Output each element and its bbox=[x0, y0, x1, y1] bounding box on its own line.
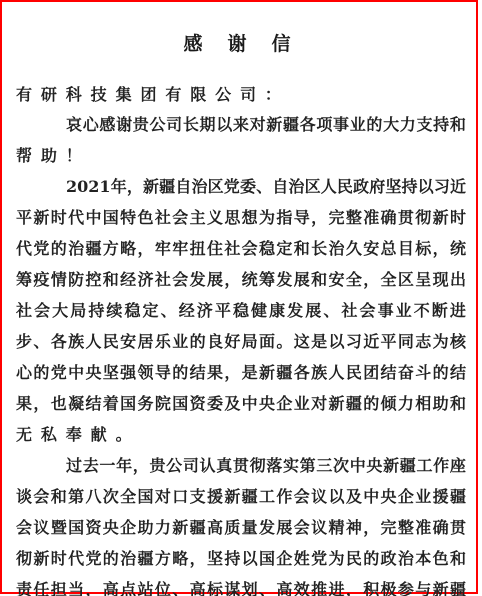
letter-title: 感谢信 bbox=[2, 32, 472, 56]
body-line: 果，也凝结着国务院国资委及中央企业对新疆的倾力相助和 bbox=[16, 392, 466, 416]
body-line: 2021年，新疆自治区党委、自治区人民政府坚持以习近 bbox=[66, 175, 466, 199]
body-line: 过去一年，贵公司认真贯彻落实第三次中央新疆工作座 bbox=[66, 454, 466, 478]
body-line: 步、各族人民安居乐业的良好局面。这是以习近平同志为核 bbox=[16, 330, 466, 354]
body-line: 哀心感谢贵公司长期以来对新疆各项事业的大力支持和 bbox=[66, 113, 466, 137]
body-line: 代党的治疆方略，牢牢扭住社会稳定和长治久安总目标，统 bbox=[16, 237, 466, 261]
document-frame: 感谢信 有研科技集团有限公司： 哀心感谢贵公司长期以来对新疆各项事业的大力支持和… bbox=[0, 0, 478, 594]
body-line: 会议暨国资央企助力新疆高质量发展会议精神，完整准确贯 bbox=[16, 516, 466, 540]
body-line: 社会大局持续稳定、经济平稳健康发展、社会事业不断进 bbox=[16, 299, 466, 323]
salutation: 有研科技集团有限公司： bbox=[16, 83, 466, 107]
body-line: 筹疫情防控和经济社会发展，统筹发展和安全，全区呈现出 bbox=[16, 268, 466, 292]
body-line: 彻新时代党的治疆方略，坚持以国企姓党为民的政治本色和 bbox=[16, 547, 466, 571]
body-line: 帮助！ bbox=[16, 144, 466, 168]
body-line: 无私奉献。 bbox=[16, 423, 466, 447]
body-line: 心的党中央坚强领导的结果，是新疆各族人民团结奋斗的结 bbox=[16, 361, 466, 385]
body-line: 责任担当，高点站位、高标谋划、高效推进，积极参与新疆 bbox=[16, 578, 466, 596]
body-line: 谈会和第八次全国对口支援新疆工作会议以及中央企业援疆 bbox=[16, 485, 466, 509]
body-line: 平新时代中国特色社会主义思想为指导，完整准确贯彻新时 bbox=[16, 206, 466, 230]
